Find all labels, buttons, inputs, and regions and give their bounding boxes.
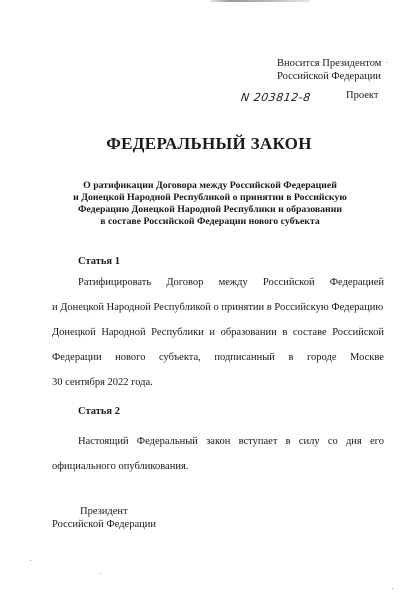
article-2-heading: Статья 2 [78, 406, 120, 417]
word: Договор [166, 270, 203, 295]
handwritten-registration-number: N 203812-8 [240, 91, 312, 104]
submitter-line-2: Российской Федерации [277, 70, 381, 83]
subtitle-line: в составе Российской Федерации нового су… [60, 216, 360, 228]
word: подписанный [214, 345, 275, 370]
scan-speck [100, 573, 101, 574]
word: и [209, 320, 215, 345]
word: вступает [239, 429, 278, 454]
word: его [370, 429, 384, 454]
word: Федерации [52, 345, 102, 370]
word: дня [346, 429, 362, 454]
law-title: ФЕДЕРАЛЬНЫЙ ЗАКОН [0, 134, 418, 154]
word: Народной [101, 320, 145, 345]
word: силу [299, 429, 320, 454]
word: Республики [151, 320, 204, 345]
article-2-body: Настоящий Федеральный закон вступает в с… [52, 429, 384, 479]
article-1-heading: Статья 1 [78, 256, 120, 267]
word: Российской [263, 270, 315, 295]
submitter-block: Вносится Президентом Российской Федераци… [277, 57, 381, 83]
scan-speck [386, 62, 387, 63]
word: субъекта, [159, 345, 201, 370]
word: образовании [221, 320, 277, 345]
word: между [219, 270, 248, 295]
article-1-line-1: Ратифицировать Договор между Российской … [52, 270, 384, 295]
word: в [286, 429, 291, 454]
subtitle-line: О ратификации Договора между Российской … [60, 180, 360, 192]
word: составе [293, 320, 327, 345]
word: в [288, 345, 293, 370]
subtitle-line: Федерацию Донецкой Народной Республики и… [60, 204, 360, 216]
subtitle-line: и Донецкой Народной Республикой о принят… [60, 192, 360, 204]
word: Ратифицировать [78, 270, 151, 295]
word: в [282, 320, 287, 345]
law-subtitle: О ратификации Договора между Российской … [60, 180, 360, 228]
word: Настоящий [78, 429, 129, 454]
word: Российской [332, 320, 384, 345]
article-1-line-4: Федерации нового субъекта, подписанный в… [52, 345, 384, 370]
draft-label: Проект [346, 90, 378, 101]
article-1-line-3: Донецкой Народной Республики и образован… [52, 320, 384, 345]
article-1-line-2: и Донецкой Народной Республикой о принят… [52, 295, 384, 320]
word: Федерацией [330, 270, 384, 295]
scan-speck [392, 588, 393, 589]
word: закон [206, 429, 230, 454]
word: Федеральный [137, 429, 198, 454]
article-1-line-5: 30 сентября 2022 года. [52, 370, 384, 395]
article-2-line-1: Настоящий Федеральный закон вступает в с… [52, 429, 384, 454]
article-2-line-2: официального опубликования. [52, 454, 384, 479]
word: городе [307, 345, 337, 370]
word: нового [115, 345, 145, 370]
signature-office: Российской Федерации [52, 518, 156, 531]
word: со [328, 429, 338, 454]
signature-title: Президент [52, 505, 156, 518]
article-1-body: Ратифицировать Договор между Российской … [52, 270, 384, 395]
scan-speck [30, 560, 31, 561]
word: Москве [350, 345, 384, 370]
signature-block: Президент Российской Федерации [52, 505, 156, 531]
scan-artifact [210, 0, 310, 2]
word: Донецкой [52, 320, 96, 345]
submitter-line-1: Вносится Президентом [277, 57, 381, 70]
